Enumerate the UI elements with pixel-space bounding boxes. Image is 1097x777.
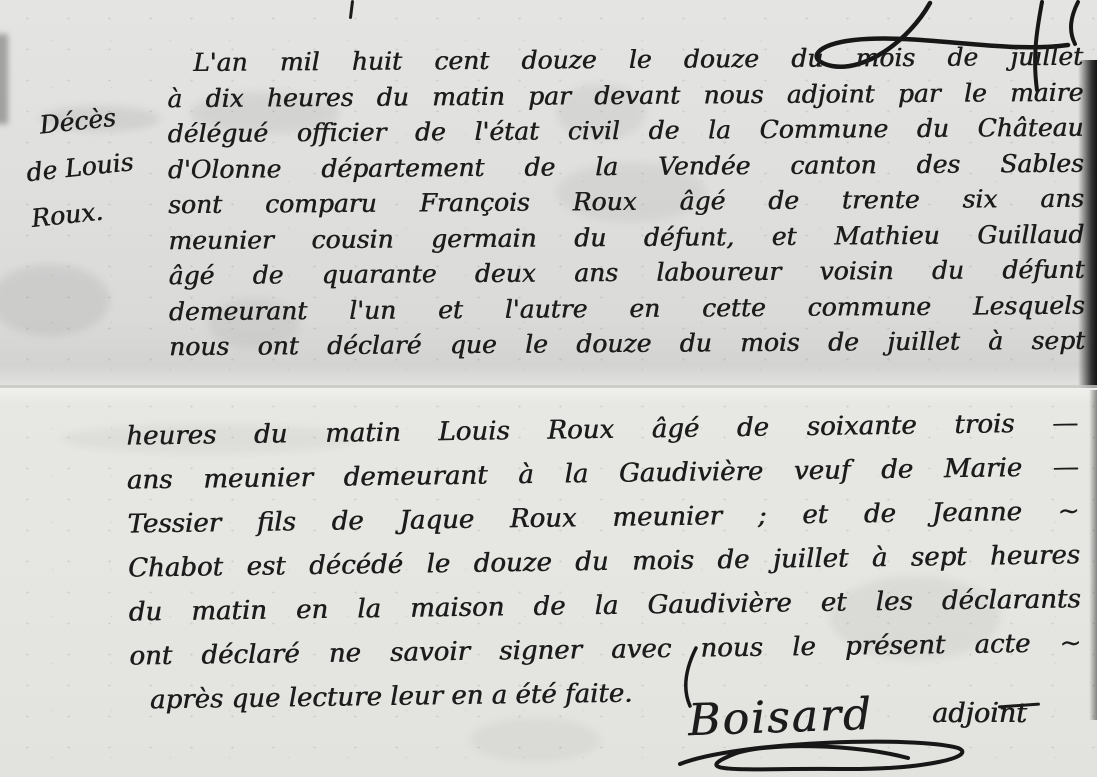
bleedthrough-smudge: [0, 264, 110, 336]
record-line: âgé de quarante deux ans laboureur voisi…: [168, 252, 1084, 294]
bleedthrough-smudge: [470, 718, 600, 762]
record-line: délégué officier de l'état civil de la C…: [167, 110, 1083, 152]
signature-title: adjoint: [932, 698, 1027, 729]
cutoff-stroke-fragment: [349, 0, 354, 19]
record-body-page1: L'an mil huit cent douze le douze du moi…: [167, 39, 1085, 365]
page-gutter-shadow: [1078, 60, 1097, 388]
scan-edge-artifact: [0, 34, 8, 124]
scan-strip-top: Décèsde LouisRoux. L'an mil huit cent do…: [0, 0, 1097, 388]
signature-paraph-flourish: [646, 734, 986, 777]
scan-strip-bottom: heures du matin Louis Roux âgé de soixan…: [0, 388, 1097, 777]
document-scan: Décèsde LouisRoux. L'an mil huit cent do…: [0, 0, 1097, 777]
record-line: sont comparu François Roux âgé de trente…: [168, 181, 1084, 223]
record-body-page2: heures du matin Louis Roux âgé de soixan…: [126, 401, 1082, 722]
page-gutter-shadow: [1089, 390, 1097, 720]
record-line: nous ont déclaré que le douze du mois de…: [169, 323, 1085, 365]
record-line: L'an mil huit cent douze le douze du moi…: [167, 39, 1083, 81]
